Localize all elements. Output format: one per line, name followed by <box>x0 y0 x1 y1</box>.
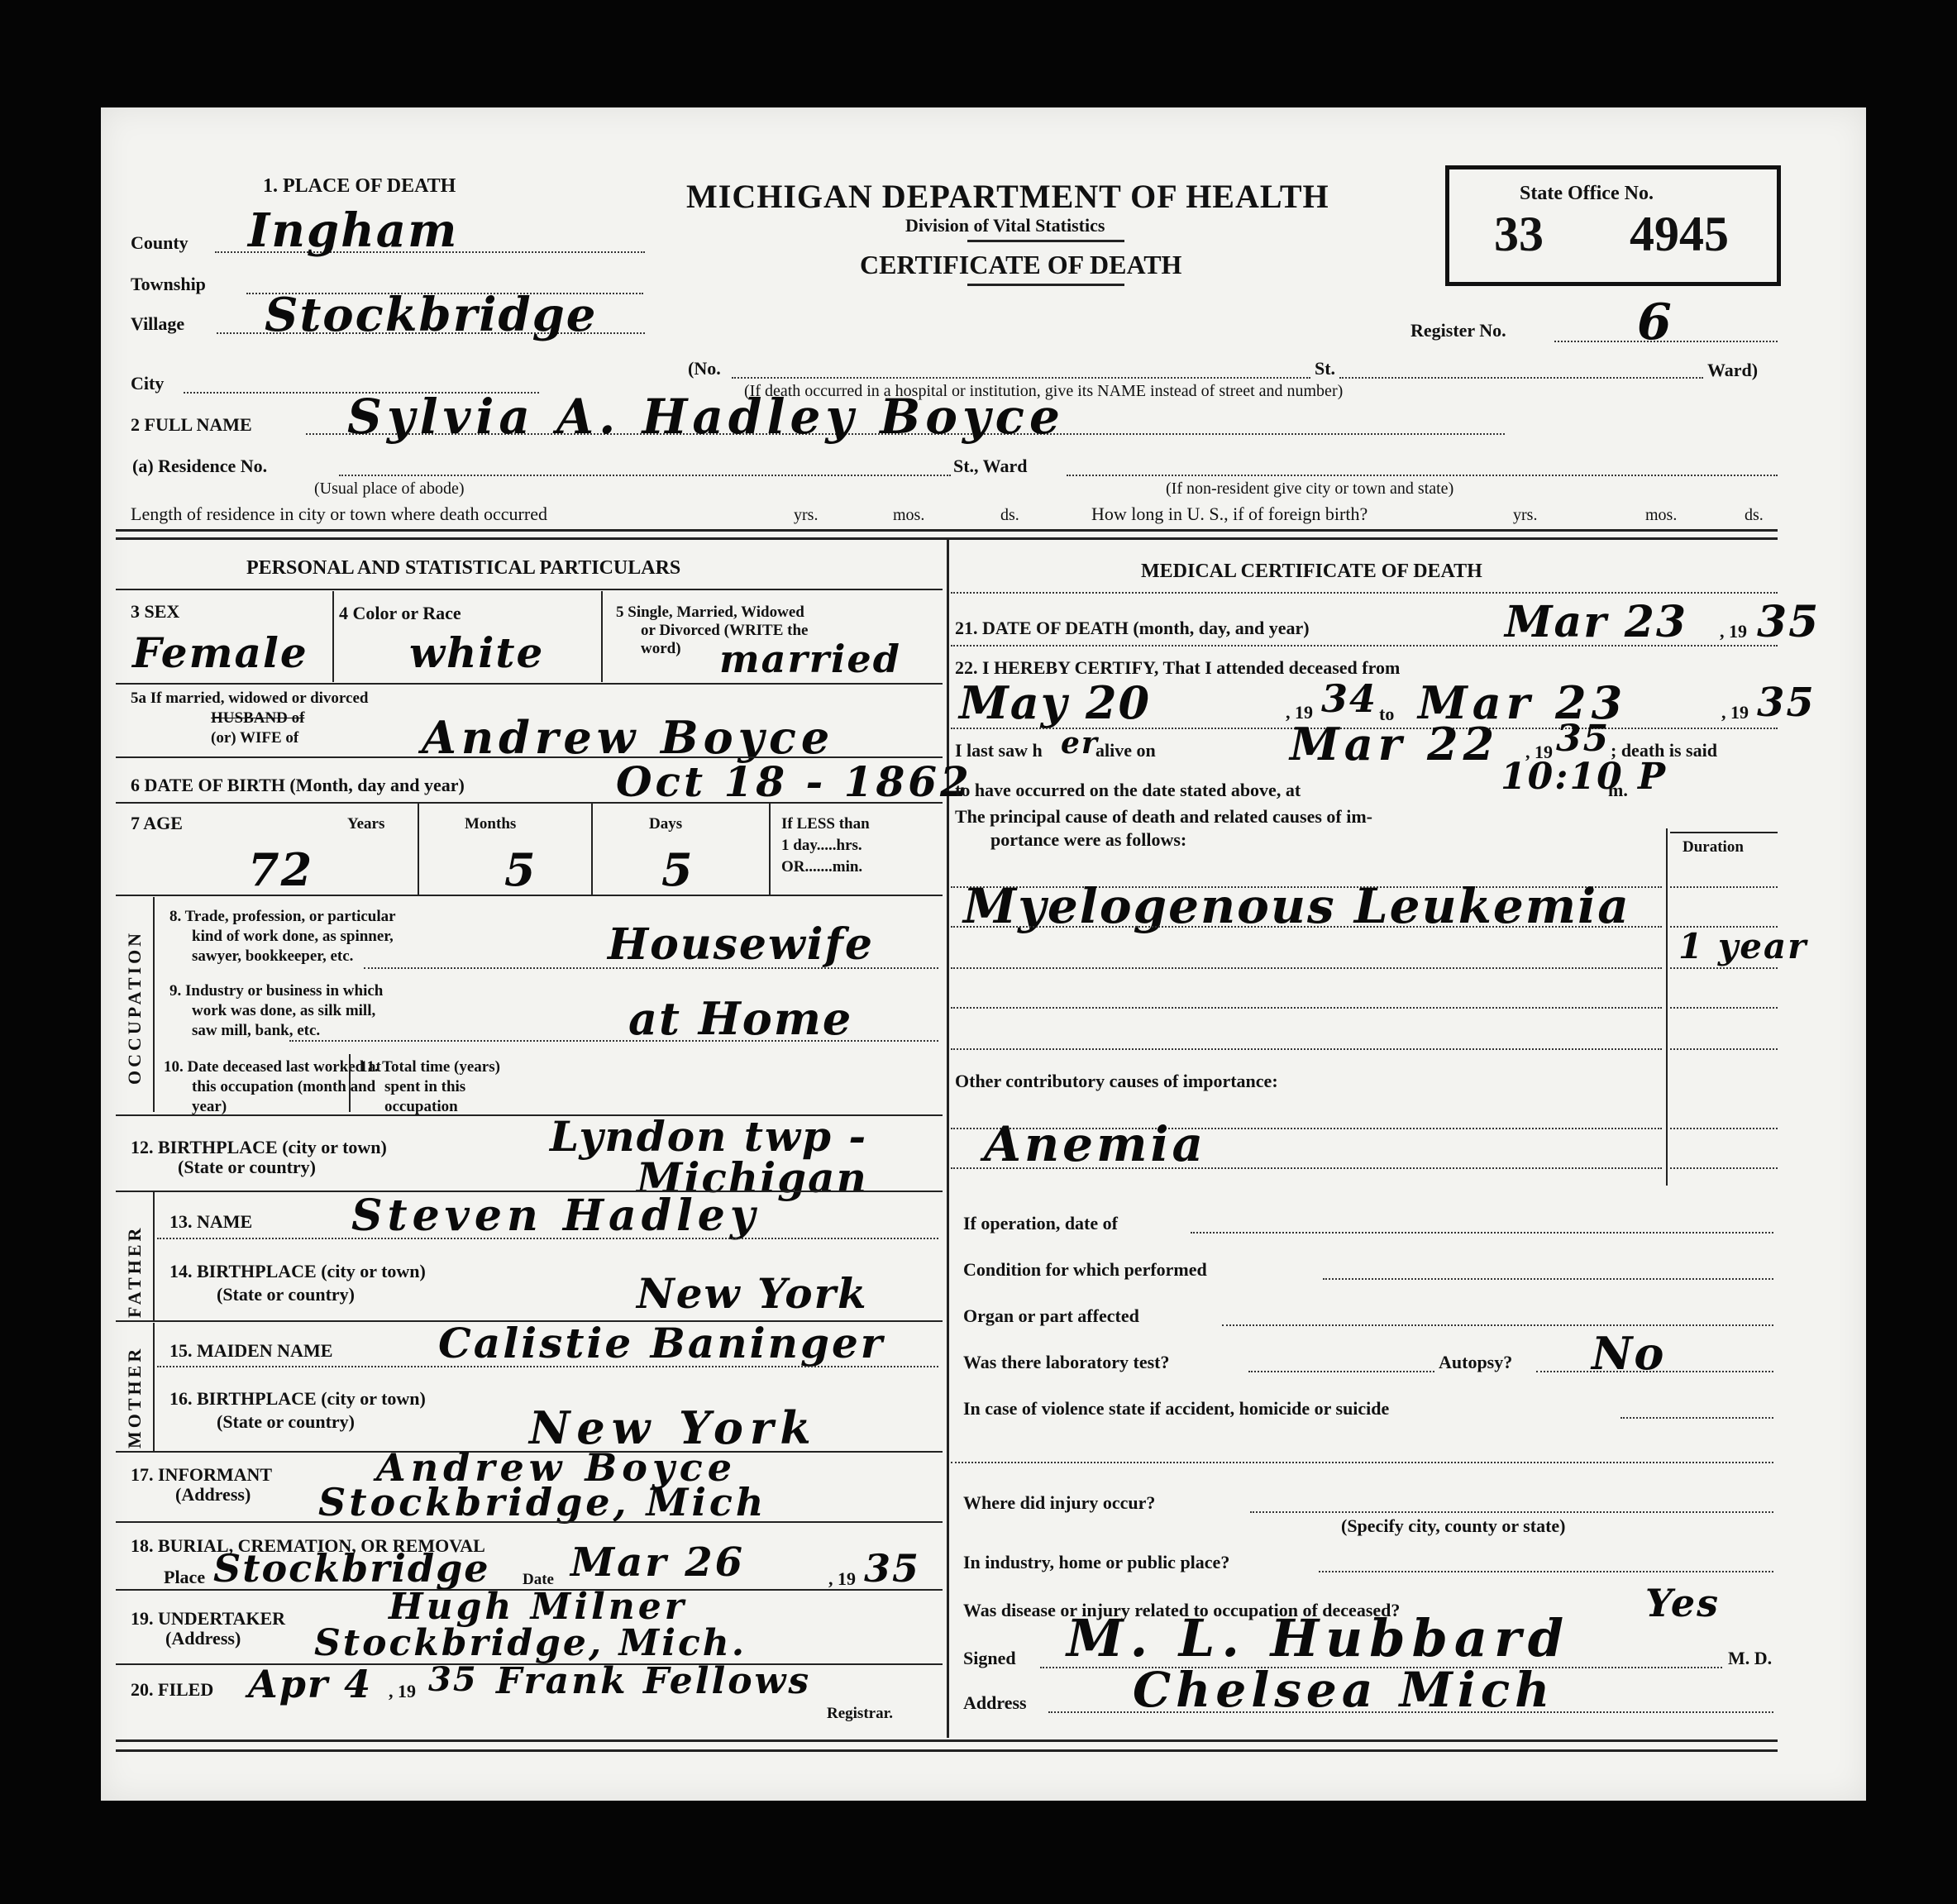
burial-place-label: Place <box>164 1568 205 1587</box>
burial-date-value: Mar 26 <box>570 1539 745 1586</box>
filed-date-value: Apr 4 <box>248 1662 372 1706</box>
trade-label-line3: sawyer, bookkeeper, etc. <box>192 947 353 966</box>
county-label: County <box>131 233 189 253</box>
county-value: Ingham <box>248 203 458 258</box>
dob-label: 6 DATE OF BIRTH (Month, day and year) <box>131 775 465 795</box>
state-office-label: State Office No. <box>1520 183 1654 205</box>
birthplace-state-label: (State or country) <box>178 1157 316 1177</box>
residence-label: (a) Residence No. <box>132 456 267 476</box>
full-name-label: 2 FULL NAME <box>131 415 252 435</box>
trade-value: Housewife <box>608 919 874 970</box>
attended-from-year: 34 <box>1321 676 1377 721</box>
father-name-value: Steven Hadley <box>351 1191 760 1241</box>
city-label: City <box>131 374 164 394</box>
length-mos-label: mos. <box>893 506 924 524</box>
undertaker-label: 19. UNDERTAKER <box>131 1609 285 1629</box>
autopsy-value: No <box>1592 1327 1665 1380</box>
no-label: (No. <box>688 359 721 379</box>
duration-divider <box>1666 828 1668 1186</box>
village-value: Stockbridge <box>265 288 597 342</box>
less-hrs-label: 1 day.....hrs. <box>781 837 862 855</box>
date-of-death-label: 21. DATE OF DEATH (month, day, and year) <box>955 618 1310 638</box>
other-causes-label: Other contributory causes of importance: <box>955 1071 1278 1091</box>
registrar-label: Registrar. <box>827 1705 893 1723</box>
village-label: Village <box>131 314 184 334</box>
sex-label: 3 SEX <box>131 602 179 622</box>
violence-label: In case of violence state if accident, h… <box>963 1399 1389 1419</box>
operation-label: If operation, date of <box>963 1214 1118 1234</box>
undertaker-address-label: (Address) <box>165 1629 241 1649</box>
mother-birthplace-state-label: (State or country) <box>217 1412 355 1432</box>
days-label: Days <box>649 815 682 833</box>
header-rule <box>967 240 1124 242</box>
burial-year-prefix: , 19 <box>828 1569 856 1589</box>
certify-label: 22. I HEREBY CERTIFY, That I attended de… <box>955 658 1400 678</box>
father-name-label: 13. NAME <box>169 1212 252 1232</box>
department-title: MICHIGAN DEPARTMENT OF HEALTH <box>686 177 1329 216</box>
physician-signature: M. L. Hubbard <box>1067 1608 1570 1668</box>
marital-value: married <box>719 637 901 681</box>
cause-label: The principal cause of death and related… <box>955 807 1372 827</box>
industry-value: at Home <box>628 992 852 1045</box>
total-time-label: 11. Total time (years) <box>360 1058 500 1076</box>
physician-address-value: Chelsea Mich <box>1133 1662 1554 1718</box>
nonresident-note: (If non-resident give city or town and s… <box>1166 480 1453 498</box>
lab-test-label: Was there laboratory test? <box>963 1353 1170 1372</box>
other-cause-value: Anemia <box>984 1116 1206 1172</box>
industry-place-label: In industry, home or public place? <box>963 1553 1229 1572</box>
marital-label-line3: word) <box>641 640 681 658</box>
place-of-death-heading: 1. PLACE OF DEATH <box>263 175 456 197</box>
trade-label: 8. Trade, profession, or particular <box>169 908 396 926</box>
dob-value: Oct 18 - 1862 <box>616 757 972 806</box>
years-label: Years <box>347 815 384 833</box>
st-ward-label: St., Ward <box>953 456 1027 476</box>
registrar-signature: Frank Fellows <box>496 1660 811 1702</box>
informant-label: 17. INFORMANT <box>131 1465 272 1485</box>
less-than-label: If LESS than <box>781 815 870 833</box>
physician-address-label: Address <box>963 1693 1027 1713</box>
condition-label: Condition for which performed <box>963 1260 1207 1280</box>
ward-label: Ward) <box>1707 360 1758 380</box>
injury-where-label: Where did injury occur? <box>963 1493 1155 1513</box>
filed-label: 20. FILED <box>131 1680 213 1700</box>
industry-label-line2: work was done, as silk mill, <box>192 1002 375 1020</box>
section-rule <box>116 529 1778 532</box>
age-days-value: 5 <box>661 843 694 896</box>
occurred-label: to have occurred on the date stated abov… <box>955 780 1301 800</box>
state-office-prefix: 33 <box>1494 206 1544 263</box>
autopsy-label: Autopsy? <box>1439 1353 1512 1372</box>
race-label: 4 Color or Race <box>339 604 461 623</box>
cause-label-line2: portance were as follows: <box>990 830 1186 850</box>
length-yrs-label: yrs. <box>794 506 818 524</box>
spouse-label: 5a If married, widowed or divorced <box>131 690 368 708</box>
township-label: Township <box>131 274 206 294</box>
last-saw-label: I last saw h <box>955 741 1043 761</box>
marital-label: 5 Single, Married, Widowed <box>616 604 804 622</box>
foreign-mos-label: mos. <box>1645 506 1677 524</box>
register-label: Register No. <box>1410 321 1506 341</box>
mother-maiden-label: 15. MAIDEN NAME <box>169 1341 332 1361</box>
total-time-label-line3: occupation <box>384 1098 458 1116</box>
time-of-death-value: 10:10 P <box>1501 756 1667 798</box>
alive-on-label: alive on <box>1095 741 1156 761</box>
foreign-yrs-label: yrs. <box>1513 506 1537 524</box>
medical-heading: MEDICAL CERTIFICATE OF DEATH <box>1141 561 1482 582</box>
column-divider <box>947 539 949 1738</box>
sex-value: Female <box>132 628 308 677</box>
division-subtitle: Division of Vital Statistics <box>905 215 1105 236</box>
st-label: St. <box>1315 359 1335 379</box>
length-ds-label: ds. <box>1000 506 1019 524</box>
certificate-title: CERTIFICATE OF DEATH <box>860 250 1181 280</box>
date-of-death-value: Mar 23 <box>1505 597 1687 647</box>
attended-to-year: 35 <box>1757 680 1816 726</box>
bottom-rule <box>116 1739 1778 1742</box>
occupation-related-value: Yes <box>1645 1581 1720 1625</box>
last-worked-label-line3: year) <box>192 1098 227 1116</box>
date-of-death-year: 35 <box>1757 597 1820 647</box>
last-saw-value: Mar 22 <box>1290 718 1499 771</box>
less-min-label: OR.......min. <box>781 858 862 876</box>
md-label: M. D. <box>1728 1649 1772 1668</box>
usual-abode-note: (Usual place of abode) <box>314 480 465 498</box>
injury-where-note: (Specify city, county or state) <box>1341 1516 1566 1536</box>
mother-maiden-value: Calistie Baninger <box>438 1319 885 1367</box>
father-birthplace-label: 14. BIRTHPLACE (city or town) <box>169 1262 426 1281</box>
foreign-ds-label: ds. <box>1745 506 1764 524</box>
burial-place-value: Stockbridge <box>213 1546 490 1591</box>
date-of-death-year-prefix: , 19 <box>1720 622 1747 642</box>
occupation-side-label: OCCUPATION <box>124 930 146 1085</box>
mother-birthplace-label: 16. BIRTHPLACE (city or town) <box>169 1389 426 1409</box>
time-suffix: m. <box>1608 780 1628 800</box>
full-name-value: Sylvia A. Hadley Boyce <box>347 389 1065 445</box>
birthplace-label: 12. BIRTHPLACE (city or town) <box>131 1138 387 1157</box>
state-office-box: State Office No. 33 4945 <box>1445 165 1781 286</box>
last-saw-pronoun: er <box>1061 726 1099 761</box>
age-label: 7 AGE <box>131 814 183 833</box>
wife-of-label: (or) WIFE of <box>211 729 298 747</box>
signed-label: Signed <box>963 1649 1016 1668</box>
age-years-value: 72 <box>248 843 313 896</box>
burial-year-value: 35 <box>864 1546 920 1591</box>
principal-duration-value: 1 year <box>1678 926 1807 966</box>
organ-label: Organ or part affected <box>963 1306 1139 1326</box>
state-office-number: 4945 <box>1630 206 1729 263</box>
filed-year-prefix: , 19 <box>389 1682 416 1701</box>
duration-label: Duration <box>1683 838 1744 857</box>
register-value: 6 <box>1637 293 1673 351</box>
total-time-label-line2: spent in this <box>384 1078 465 1096</box>
last-worked-label-line2: this occupation (month and <box>192 1078 375 1096</box>
filed-year-value: 35 <box>428 1660 478 1699</box>
father-side-label: FATHER <box>124 1225 146 1318</box>
length-of-residence-label: Length of residence in city or town wher… <box>131 504 547 524</box>
last-saw-year: 35 <box>1556 718 1610 760</box>
industry-label: 9. Industry or business in which <box>169 982 383 1000</box>
personal-heading: PERSONAL AND STATISTICAL PARTICULARS <box>246 557 680 579</box>
informant-address-label: (Address) <box>175 1485 251 1505</box>
informant-address-value: Stockbridge, Mich <box>318 1480 766 1525</box>
months-label: Months <box>465 815 516 833</box>
undertaker-address-value: Stockbridge, Mich. <box>314 1622 747 1664</box>
age-months-value: 5 <box>504 843 537 896</box>
mother-side-label: MOTHER <box>124 1346 146 1448</box>
attended-from-value: May 20 <box>959 676 1151 729</box>
father-birthplace-state-label: (State or country) <box>217 1285 355 1305</box>
trade-label-line2: kind of work done, as spinner, <box>192 928 394 946</box>
race-value: white <box>409 628 544 677</box>
attended-to-year-prefix: , 19 <box>1721 703 1749 723</box>
foreign-birth-label: How long in U. S., if of foreign birth? <box>1091 504 1368 524</box>
husband-of-label: HUSBAND of <box>211 709 304 728</box>
header-rule-2 <box>967 284 1124 286</box>
father-birthplace-value: New York <box>637 1269 868 1318</box>
industry-label-line3: saw mill, bank, etc. <box>192 1022 320 1040</box>
